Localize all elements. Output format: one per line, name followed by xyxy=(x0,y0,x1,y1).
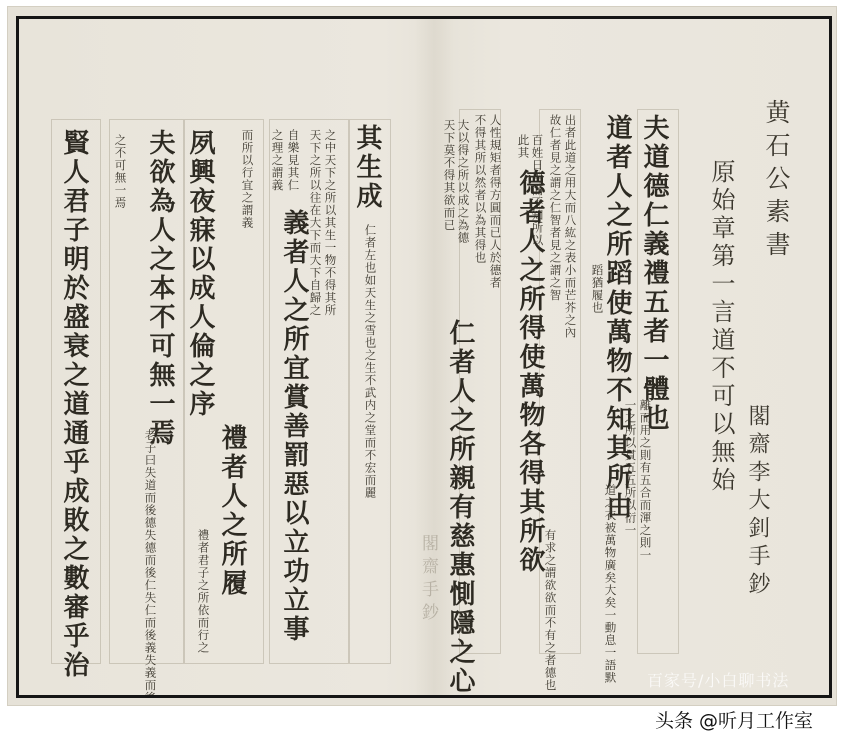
manuscript-frame: 黄石公素書 原始章第一言道不可以無始 閣齋李大釗手鈔 夫道德仁義禮五者一體也 離… xyxy=(16,16,832,698)
commentary-column: 自樂見其仁 xyxy=(287,129,299,192)
main-text-column: 夙興夜寐以成人倫之序 xyxy=(187,129,213,419)
baijiahao-watermark: 百家号/小白聊书法 xyxy=(647,668,789,691)
author-line: 閣齋李大釗手鈔 xyxy=(746,404,768,600)
commentary-column: 之中天下之所以其生一物不得其所 xyxy=(324,129,336,317)
commentary-column: 天下莫不得其欲而已 xyxy=(443,119,455,232)
main-text-column: 道者人之所蹈 xyxy=(604,114,630,288)
chapter-heading: 原始章第一言道不可以無始 xyxy=(709,159,733,495)
commentary-column: 之不可無一焉 xyxy=(114,134,126,209)
commentary-column: 離而用之則有五合而渾之則一 xyxy=(639,399,651,562)
commentary-column: 此其 xyxy=(517,134,529,159)
main-text-column: 德者人之所得使萬物各得其所欲 xyxy=(517,169,543,575)
commentary-column: 大以得之所以成之為德 xyxy=(457,119,469,244)
commentary-column: 不得其所以然者以為其得也 xyxy=(474,114,486,264)
document-title: 黄石公素書 xyxy=(764,99,789,264)
commentary-column: 故仁者見之謂之仁智者見之謂之智 xyxy=(549,114,561,302)
gutter-inscription: 閣齋手鈔 xyxy=(419,534,436,626)
commentary-column: 出者此道之用大而八紘之表小而芒芥之內 xyxy=(564,114,576,339)
main-text-column: 禮者人之所履 xyxy=(219,424,245,598)
main-text-column: 仁者人之所親有慈惠惻隱之心以遂 xyxy=(447,319,473,698)
main-text-column: 夫道德仁義禮五者一體也 xyxy=(641,114,667,433)
main-text-column: 其生成 xyxy=(354,124,380,211)
commentary-column: 人性規矩者得方圓而已人於德者 xyxy=(489,114,501,289)
commentary-column: 有求之謂欲欲而不有之者德也 xyxy=(544,529,556,692)
main-text-column: 夫欲為人之本不可無一焉 xyxy=(147,129,173,448)
commentary-column: 禮者君子之所依而行之 xyxy=(197,529,209,654)
main-text-column: 賢人君子明於盛衰之道通乎成敗之數審乎治 xyxy=(61,129,87,680)
toutiao-watermark: 头条 @听月工作室 xyxy=(655,706,813,733)
commentary-column: 蹈猶履也 xyxy=(591,264,603,314)
commentary-column: 天下之所以往在大下而大下自歸之 xyxy=(309,129,321,317)
commentary-column: 而所以行宜之謂義 xyxy=(241,129,253,229)
commentary-column: 老子曰失道而後德失德而後仁失仁而後義失義而後禮 xyxy=(144,429,156,698)
commentary-column: 道之衣被萬物廣矣大矣一動息一語默 xyxy=(604,484,616,684)
commentary-column: 仁者左也如天生之雪也之生不武内之堂而不宏而麗 xyxy=(364,224,376,499)
main-text-column: 義者人之所宜賞善罰惡以立功立事 xyxy=(281,209,307,644)
commentary-column: 之理之謂義 xyxy=(271,129,283,192)
